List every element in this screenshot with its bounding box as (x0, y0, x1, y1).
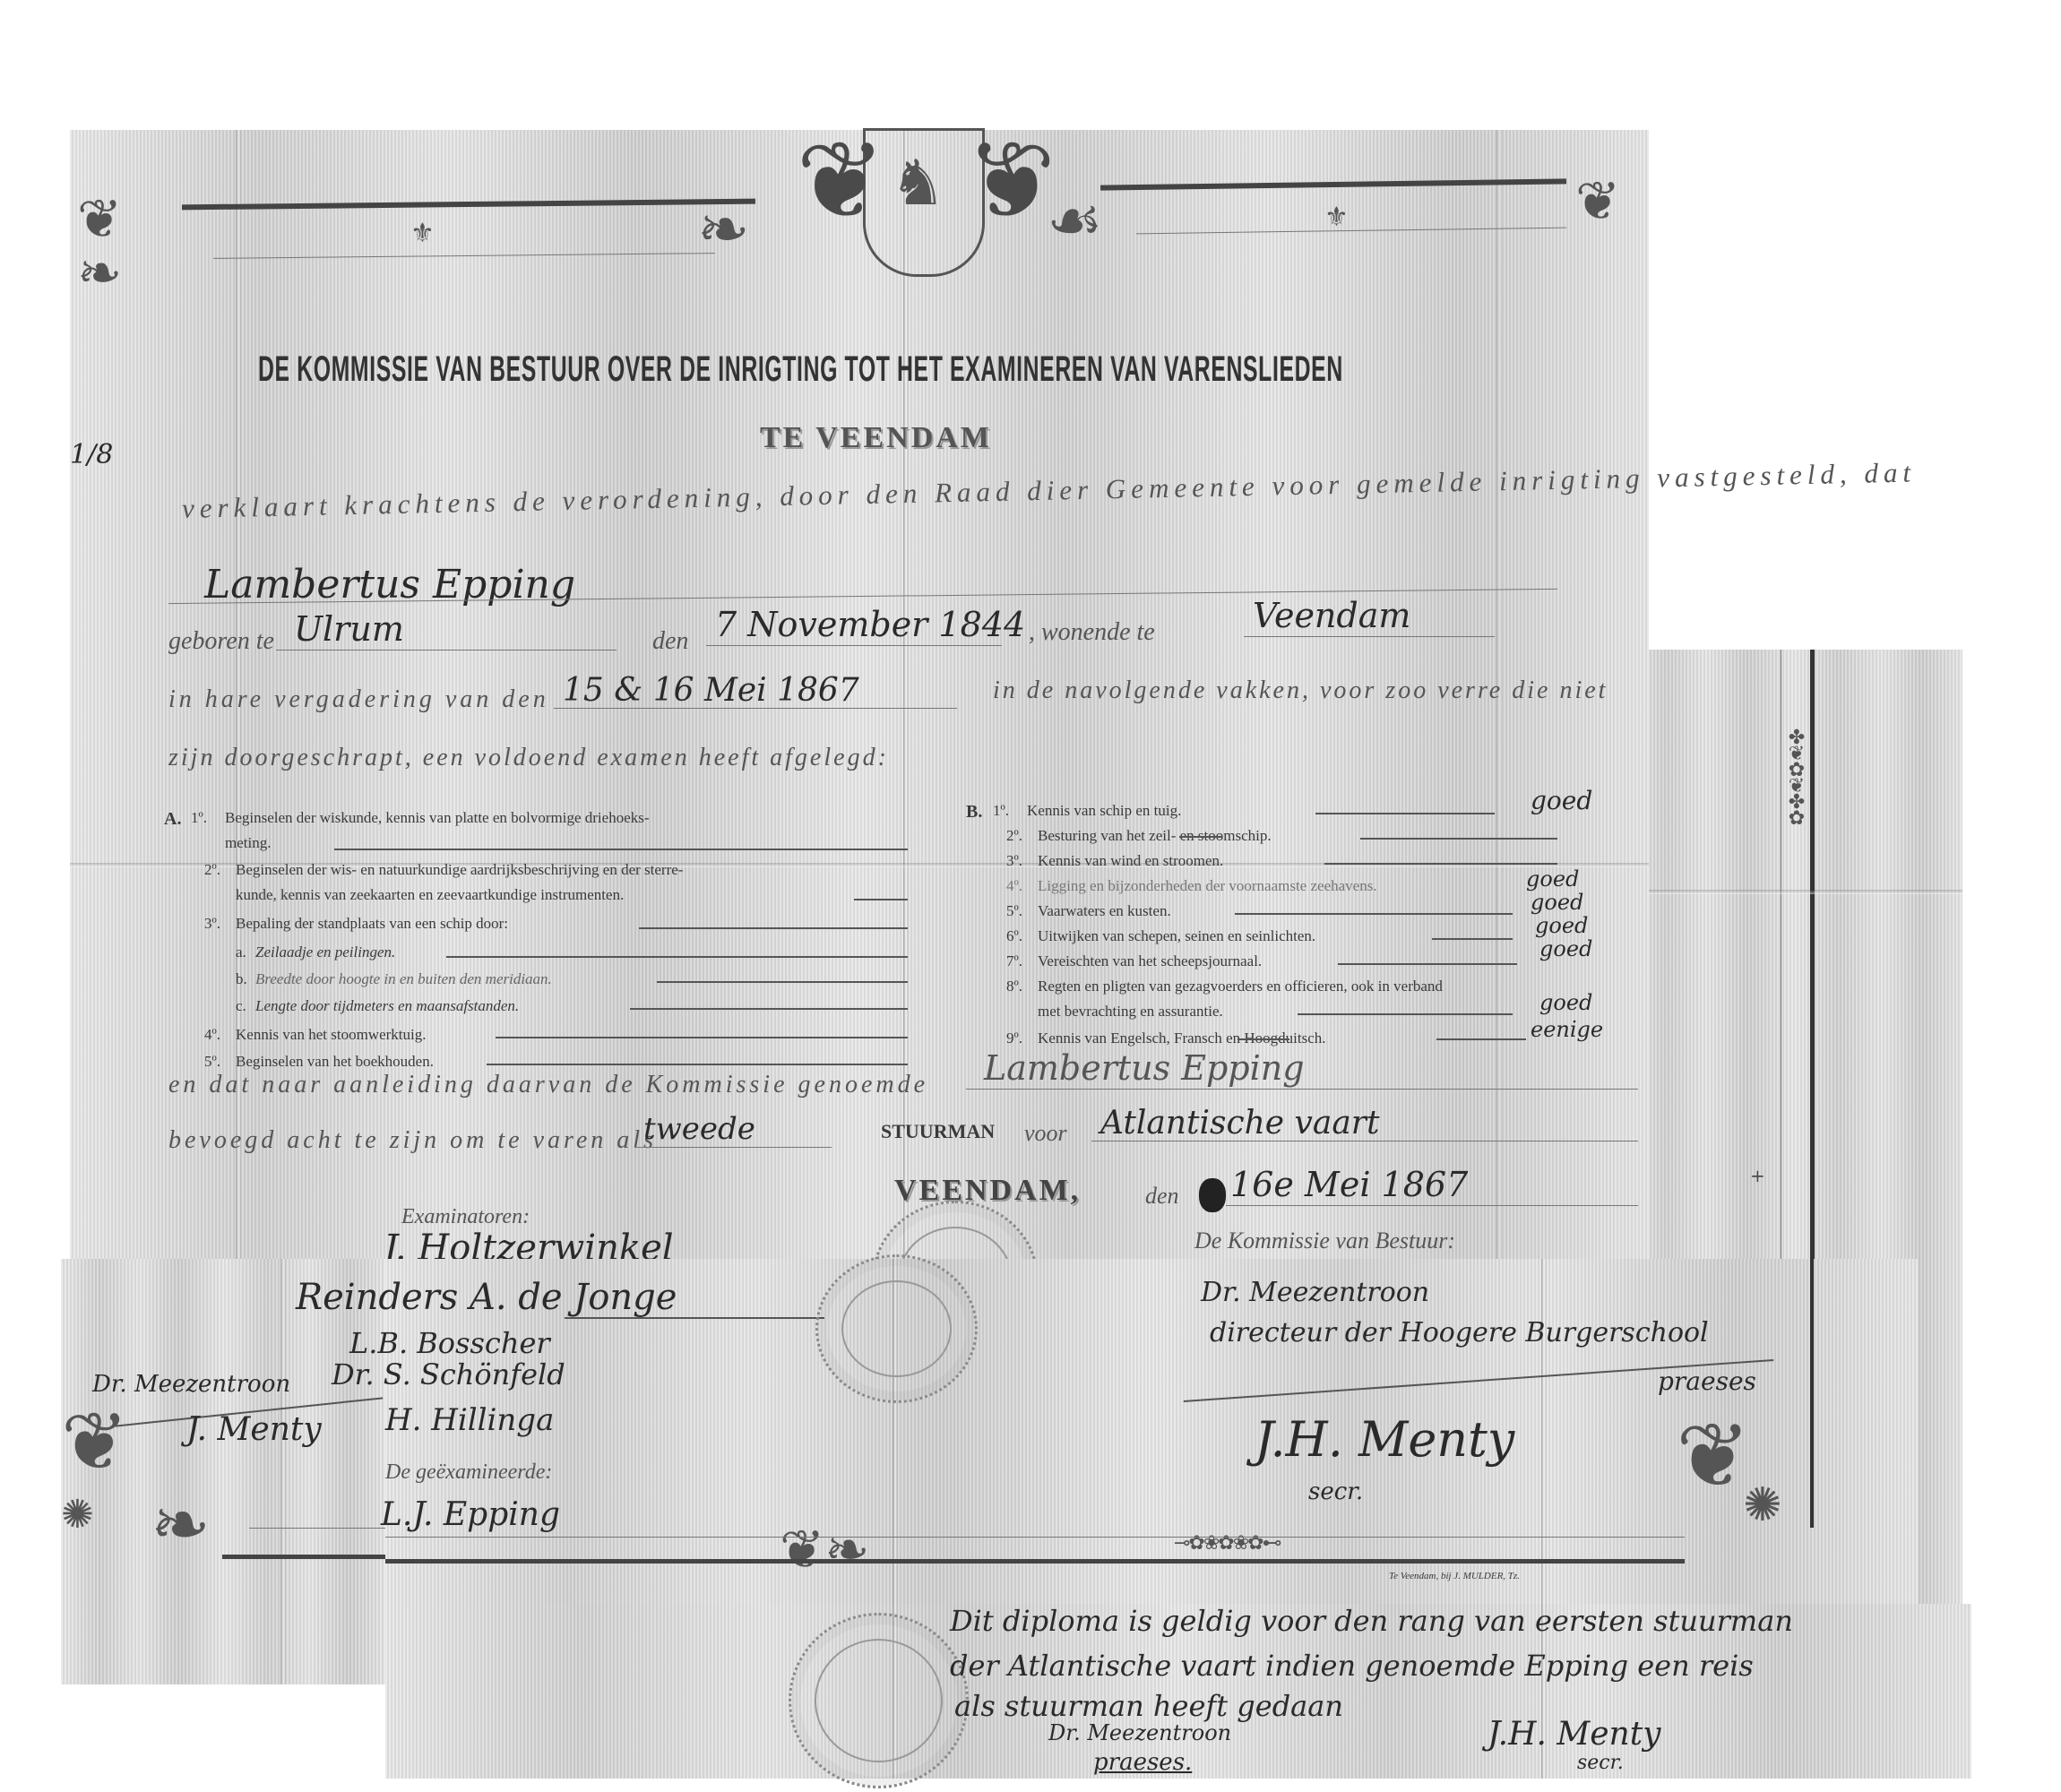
passed-text: zijn doorgeschrapt, een voldoend examen … (168, 744, 889, 772)
board-praeses: praeses (1658, 1366, 1756, 1396)
residence: Veendam (1253, 596, 1410, 635)
a-item-1-cont: meting. (225, 834, 271, 852)
a-item-1-num: 1º. (191, 809, 207, 827)
b-item-8-line (1298, 1013, 1513, 1015)
a-item-3-line (639, 927, 908, 929)
intro-text: verklaart krachtens de verordening, door… (182, 456, 1917, 525)
b-item-9-line (1436, 1038, 1526, 1040)
b-item-7-line (1338, 963, 1517, 965)
rank: tweede (643, 1111, 755, 1147)
born-label: geboren te (168, 627, 274, 656)
lion-crest-icon: ♞ (890, 146, 946, 220)
rosette-ornament-icon: ✺ (61, 1492, 94, 1538)
bow-ornament-icon: ⚜ (410, 218, 435, 249)
conclusion-name-line (966, 1089, 1638, 1090)
b-item-4-text: Ligging en bijzonderheden der voornaamst… (1038, 877, 1377, 895)
issue-date-line (1226, 1205, 1638, 1206)
voor-label: voor (1024, 1120, 1067, 1147)
b-item-8-num: 8º. (1006, 978, 1022, 995)
issue-den-label: den (1145, 1183, 1179, 1210)
date-label: den (652, 627, 688, 656)
document-panel-endorsement: Dit diploma is geldig voor den rang van … (385, 1604, 1971, 1779)
a-item-4-num: 4º. (204, 1026, 220, 1044)
b-item-7-grade: goed (1539, 936, 1592, 961)
a-item-5-num: 5º. (204, 1053, 220, 1071)
top-border-rule-left (182, 199, 755, 211)
document-panel-top: ⚜ ⚜ ❦❧ ❦ ❧ ☙ ❦ ❦ ♞ 1/8 DE KOMMISSIE VAN … (70, 130, 1649, 1268)
meeting-date: 15 & 16 Mei 1867 (563, 672, 859, 709)
b-item-7-num: 7º. (1006, 952, 1022, 970)
cross-mark-icon: + (1750, 1165, 1765, 1186)
a-item-3-num: 3º. (204, 915, 220, 933)
conclusion-text-2: bevoegd acht te zijn om te varen als (168, 1126, 657, 1155)
board-signature-title: directeur der Hoogere Burgerschool (1210, 1317, 1709, 1348)
board-secr: secr. (1308, 1478, 1363, 1505)
b-item-5-num: 5º. (1006, 902, 1022, 920)
a-item-1-text: Beginselen der wiskunde, kennis van plat… (225, 809, 650, 827)
margin-number: 1/8 (70, 439, 113, 470)
residence-line (1244, 636, 1495, 637)
b-item-1-grade: goed (1531, 786, 1592, 815)
a-item-5-text: Beginselen van het boekhouden. (236, 1053, 434, 1071)
examiner-signature-5: H. Hillinga (385, 1402, 554, 1438)
endorsement-signature-2: J.H. Menty (1488, 1716, 1661, 1753)
a-item-3a-line (446, 956, 908, 958)
a-item-3c-text: Lengte door tijdmeters en maansafstanden… (255, 997, 519, 1015)
rank-line (634, 1147, 832, 1148)
endorsement-line-2: der Atlantische vaart indien genoemde Ep… (950, 1649, 1754, 1683)
document-subtitle: TE VEENDAM (760, 421, 992, 455)
b-item-5-grade: goed (1531, 890, 1583, 915)
b-item-3-num: 3º. (1006, 852, 1022, 870)
section-b-label: B. (966, 802, 982, 823)
corner-ornament-icon: ❦ (1676, 1411, 1751, 1501)
issue-place: VEENDAM, (894, 1174, 1081, 1208)
printer-imprint: Te Veendam, bij J. MULDER, Tz. (1389, 1571, 1520, 1581)
bottom-border-rule (222, 1555, 388, 1559)
meeting-date-line (554, 708, 957, 709)
b-item-9-num: 9º. (1006, 1030, 1022, 1047)
b-item-3-text: Kennis van wind en stroomen. (1038, 852, 1223, 870)
fold-crease (280, 1259, 286, 1684)
a-item-2-text: Beginselen der wis- en natuurkundige aar… (236, 861, 683, 879)
examinee-label: De geëxamineerde: (385, 1460, 552, 1485)
examiner-signature-4: Dr. S. Schönfeld (332, 1357, 565, 1391)
b-item-6-num: 6º. (1006, 927, 1022, 945)
residing-label: , wonende te (1029, 618, 1155, 647)
laurel-wreath-icon: ❦ (796, 128, 886, 236)
b-item-8-grade: goed (1539, 990, 1592, 1015)
rank-title: STUURMAN (881, 1120, 995, 1143)
board-signature-1: Dr. Meezentroon (1201, 1277, 1429, 1308)
a-item-3c-line (630, 1008, 908, 1010)
scroll-ornament-icon: ❧ (151, 1483, 211, 1566)
endorsement-secr: secr. (1577, 1752, 1624, 1774)
b-item-1-text: Kennis van schip en tuig. (1027, 802, 1181, 820)
left-signature-1: Dr. Meezentroon (92, 1371, 290, 1398)
bottom-border-rule-thin (385, 1537, 1685, 1538)
examiner-signature-2: Reinders A. de Jonge (296, 1277, 677, 1318)
examiner-signature-3: L.B. Bosscher (349, 1326, 550, 1360)
rosette-ornament-icon: ✺ (1743, 1478, 1782, 1532)
vertical-ornament-icon: ✤❦✿❦✤✿ (1786, 730, 1807, 827)
conclusion-text-1: en dat naar aanleiding daarvan de Kommis… (168, 1071, 928, 1099)
examiner-signature-2-underline (565, 1317, 824, 1319)
scroll-ornament-icon: ❧ (697, 193, 750, 266)
b-item-9-grade: eenige (1531, 1017, 1603, 1042)
b-item-4-num: 4º. (1006, 877, 1022, 895)
meeting-label: in hare vergadering van den (168, 685, 549, 714)
endorsement-line-1: Dit diploma is geldig voor den rang van … (950, 1604, 1793, 1638)
document-panel-bottom-left: Dr. Meezentroon J. Menty ❦ ✺ ❧ (61, 1259, 388, 1684)
board-signature-2: J.H. Menty (1255, 1411, 1514, 1468)
board-label: De Kommissie van Bestuur: (1194, 1228, 1455, 1254)
born-place-line (276, 650, 617, 650)
b-item-7-text: Vereischten van het scheepsjournaal. (1038, 952, 1262, 970)
a-item-3-text: Bepaling der standplaats van een schip d… (236, 915, 508, 933)
b-item-6-line (1432, 938, 1513, 940)
endorsement-line-3: als stuurman heeft gedaan (954, 1689, 1343, 1723)
section-a-label: A. (164, 809, 181, 830)
born-place: Ulrum (294, 609, 404, 649)
b-item-3-line (1324, 863, 1557, 865)
document-title: DE KOMMISSIE VAN BESTUUR OVER DE INRIGTI… (258, 349, 1343, 390)
b-item-6-grade: goed (1535, 913, 1588, 938)
endorsement-signature-1: Dr. Meezentroon (1048, 1720, 1231, 1745)
a-item-4-text: Kennis van het stoomwerktuig. (236, 1026, 426, 1044)
examinee-signature: L.J. Epping (381, 1496, 560, 1533)
b-item-5-line (1235, 913, 1513, 915)
a-item-3a-text: Zeilaadje en peilingen. (255, 943, 395, 961)
b-item-2-num: 2º. (1006, 827, 1022, 845)
ink-blot (1199, 1178, 1226, 1212)
b-item-2-text: Besturing van het zeil- en stoomschip. (1038, 827, 1272, 845)
a-item-2-cont: kunde, kennis van zeekaarten en zeevaart… (236, 886, 624, 904)
a-item-3b-text: Breedte door hoogte in en buiten den mer… (255, 970, 552, 988)
birth-date-line (706, 645, 1002, 646)
a-item-3c-num: c. (236, 997, 246, 1015)
birth-date: 7 November 1844 (715, 605, 1025, 644)
b-item-8-cont: met bevrachting en assurantie. (1038, 1003, 1223, 1021)
bow-ornament-icon: ⚜ (1324, 202, 1349, 233)
a-item-1-line (334, 849, 908, 850)
b-item-5-text: Vaarwaters en kusten. (1038, 902, 1171, 920)
a-item-2-num: 2º. (204, 861, 220, 879)
a-item-3a-num: a. (236, 943, 246, 961)
a-item-3b-num: b. (236, 970, 247, 988)
bottom-border-rule (385, 1559, 1685, 1564)
voyage-type: Atlantische vaart (1100, 1105, 1379, 1142)
b-item-2-strike (1179, 836, 1222, 838)
examiners-label: Examinatoren: (401, 1205, 530, 1229)
scroll-ornament-icon: ❦❧ (780, 1519, 870, 1581)
top-border-rule-left-thin (213, 253, 715, 259)
b-item-2-line (1360, 838, 1557, 840)
scroll-ornament-icon: ❦ (1575, 175, 1620, 228)
official-seal-middle (815, 1254, 978, 1403)
laurel-wreath-icon: ❦ (966, 128, 1056, 236)
a-item-4-line (496, 1037, 908, 1038)
issue-date: 16e Mei 1867 (1230, 1165, 1468, 1204)
conclusion-name: Lambertus Epping (984, 1048, 1305, 1088)
b-item-9-strike (1237, 1038, 1289, 1040)
center-ornament-icon: ⊸✿❀✿❀✿⊷ (1174, 1532, 1281, 1555)
border-line-right (1810, 1259, 1814, 1528)
b-item-4-grade: goed (1526, 866, 1579, 892)
a-item-2-line (854, 899, 908, 900)
b-item-1-line (1315, 813, 1495, 814)
bottom-border-rule-thin (249, 1528, 388, 1529)
b-item-1-num: 1º. (993, 802, 1009, 820)
a-item-3b-line (657, 981, 908, 983)
scroll-ornament-icon: ❦❧ (77, 193, 122, 300)
meeting-tail: in de navolgende vakken, voor zoo verre … (993, 676, 1608, 705)
b-item-8-text: Regten en pligten van gezagvoerders en o… (1038, 978, 1443, 995)
endorsement-praeses: praeses. (1093, 1749, 1192, 1776)
a-item-5-line (487, 1064, 908, 1065)
corner-ornament-icon: ❦ (61, 1402, 128, 1483)
left-signature-2: J. Menty (186, 1411, 322, 1448)
b-item-6-text: Uitwijken van schepen, seinen en seinlic… (1038, 927, 1315, 945)
coat-of-arms-crest: ❦ ❦ ♞ (778, 128, 1074, 307)
fold-crease (1626, 890, 1962, 894)
voyage-type-line (1091, 1141, 1638, 1142)
official-seal-lower (789, 1613, 969, 1788)
